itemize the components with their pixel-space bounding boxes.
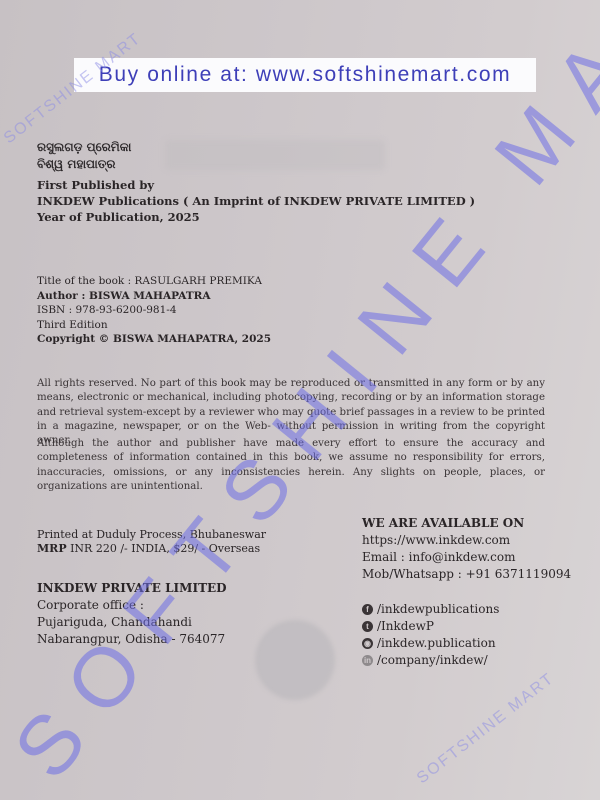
social-facebook[interactable]: f/inkdewpublications — [362, 601, 571, 618]
linkedin-icon: in — [362, 655, 373, 666]
linkedin-handle[interactable]: /company/inkdew/ — [377, 652, 488, 669]
copyright: Copyright © BISWA MAHAPATRA, 2025 — [37, 332, 271, 347]
watermark-small-bottom: SOFTSHINE MART — [414, 670, 558, 788]
mrp-label: MRP — [37, 542, 67, 555]
address-line-1: Pujariguda, Chandahandi — [37, 614, 227, 631]
isbn-value: 978-93-6200-981-4 — [75, 304, 176, 316]
faint-bleedthrough-emblem — [255, 620, 335, 700]
faint-bleedthrough-title — [165, 140, 385, 170]
mrp-row: MRP INR 220 /- INDIA, $29/ - Overseas — [37, 542, 266, 556]
isbn-label: ISBN : — [37, 304, 75, 316]
company-info: INKDEW PRIVATE LIMITED Corporate office … — [37, 580, 227, 648]
office-label: Corporate office : — [37, 597, 227, 614]
author-value: BISWA MAHAPATRA — [89, 290, 211, 302]
publisher-imprint: INKDEW Publications ( An Imprint of INKD… — [37, 194, 475, 208]
social-links: f/inkdewpublications t/InkdewP ◉/inkdew.… — [362, 601, 571, 669]
title-label: Title of the book : — [37, 275, 135, 287]
title-value: RASULGARH PREMIKA — [135, 275, 262, 287]
facebook-handle[interactable]: /inkdewpublications — [377, 601, 499, 618]
odia-book-title: ରସୁଲଗଡ଼ ପ୍ରେମିକା — [37, 140, 131, 155]
social-instagram[interactable]: ◉/inkdew.publication — [362, 635, 571, 652]
availability-info: WE ARE AVAILABLE ON https://www.inkdew.c… — [362, 515, 571, 669]
social-linkedin[interactable]: in/company/inkdew/ — [362, 652, 571, 669]
availability-heading: WE ARE AVAILABLE ON — [362, 515, 571, 532]
publication-year: Year of Publication, 2025 — [37, 210, 200, 224]
buy-online-banner[interactable]: Buy online at: www.softshinemart.com — [74, 58, 536, 92]
author-row: Author : BISWA MAHAPATRA — [37, 289, 271, 304]
instagram-handle[interactable]: /inkdew.publication — [377, 635, 496, 652]
book-metadata: Title of the book : RASULGARH PREMIKA Au… — [37, 274, 271, 347]
printed-at: Printed at Duduly Process, Bhubaneswar — [37, 528, 266, 542]
website-link[interactable]: https://www.inkdew.com — [362, 532, 571, 549]
edition: Third Edition — [37, 318, 271, 333]
title-row: Title of the book : RASULGARH PREMIKA — [37, 274, 271, 289]
book-imprint-page: Buy online at: www.softshinemart.com ରସୁ… — [0, 0, 600, 800]
facebook-icon: f — [362, 604, 373, 615]
phone-number: Mob/Whatsapp : +91 6371119094 — [362, 566, 571, 583]
address-line-2: Nabarangpur, Odisha - 764077 — [37, 631, 227, 648]
mrp-value: INR 220 /- INDIA, $29/ - Overseas — [67, 542, 261, 555]
author-label: Author : — [37, 290, 89, 302]
twitter-handle[interactable]: /InkdewP — [377, 618, 434, 635]
social-twitter[interactable]: t/InkdewP — [362, 618, 571, 635]
email-link[interactable]: Email : info@inkdew.com — [362, 549, 571, 566]
twitter-icon: t — [362, 621, 373, 632]
company-name: INKDEW PRIVATE LIMITED — [37, 580, 227, 597]
first-published-by: First Published by — [37, 178, 154, 192]
instagram-icon: ◉ — [362, 638, 373, 649]
disclaimer-paragraph: Although the author and publisher have m… — [37, 437, 545, 494]
odia-author-name: ବିଶ୍ୱ ମହାପାତ୍ର — [37, 157, 115, 172]
isbn-row: ISBN : 978-93-6200-981-4 — [37, 303, 271, 318]
print-info: Printed at Duduly Process, Bhubaneswar M… — [37, 528, 266, 556]
